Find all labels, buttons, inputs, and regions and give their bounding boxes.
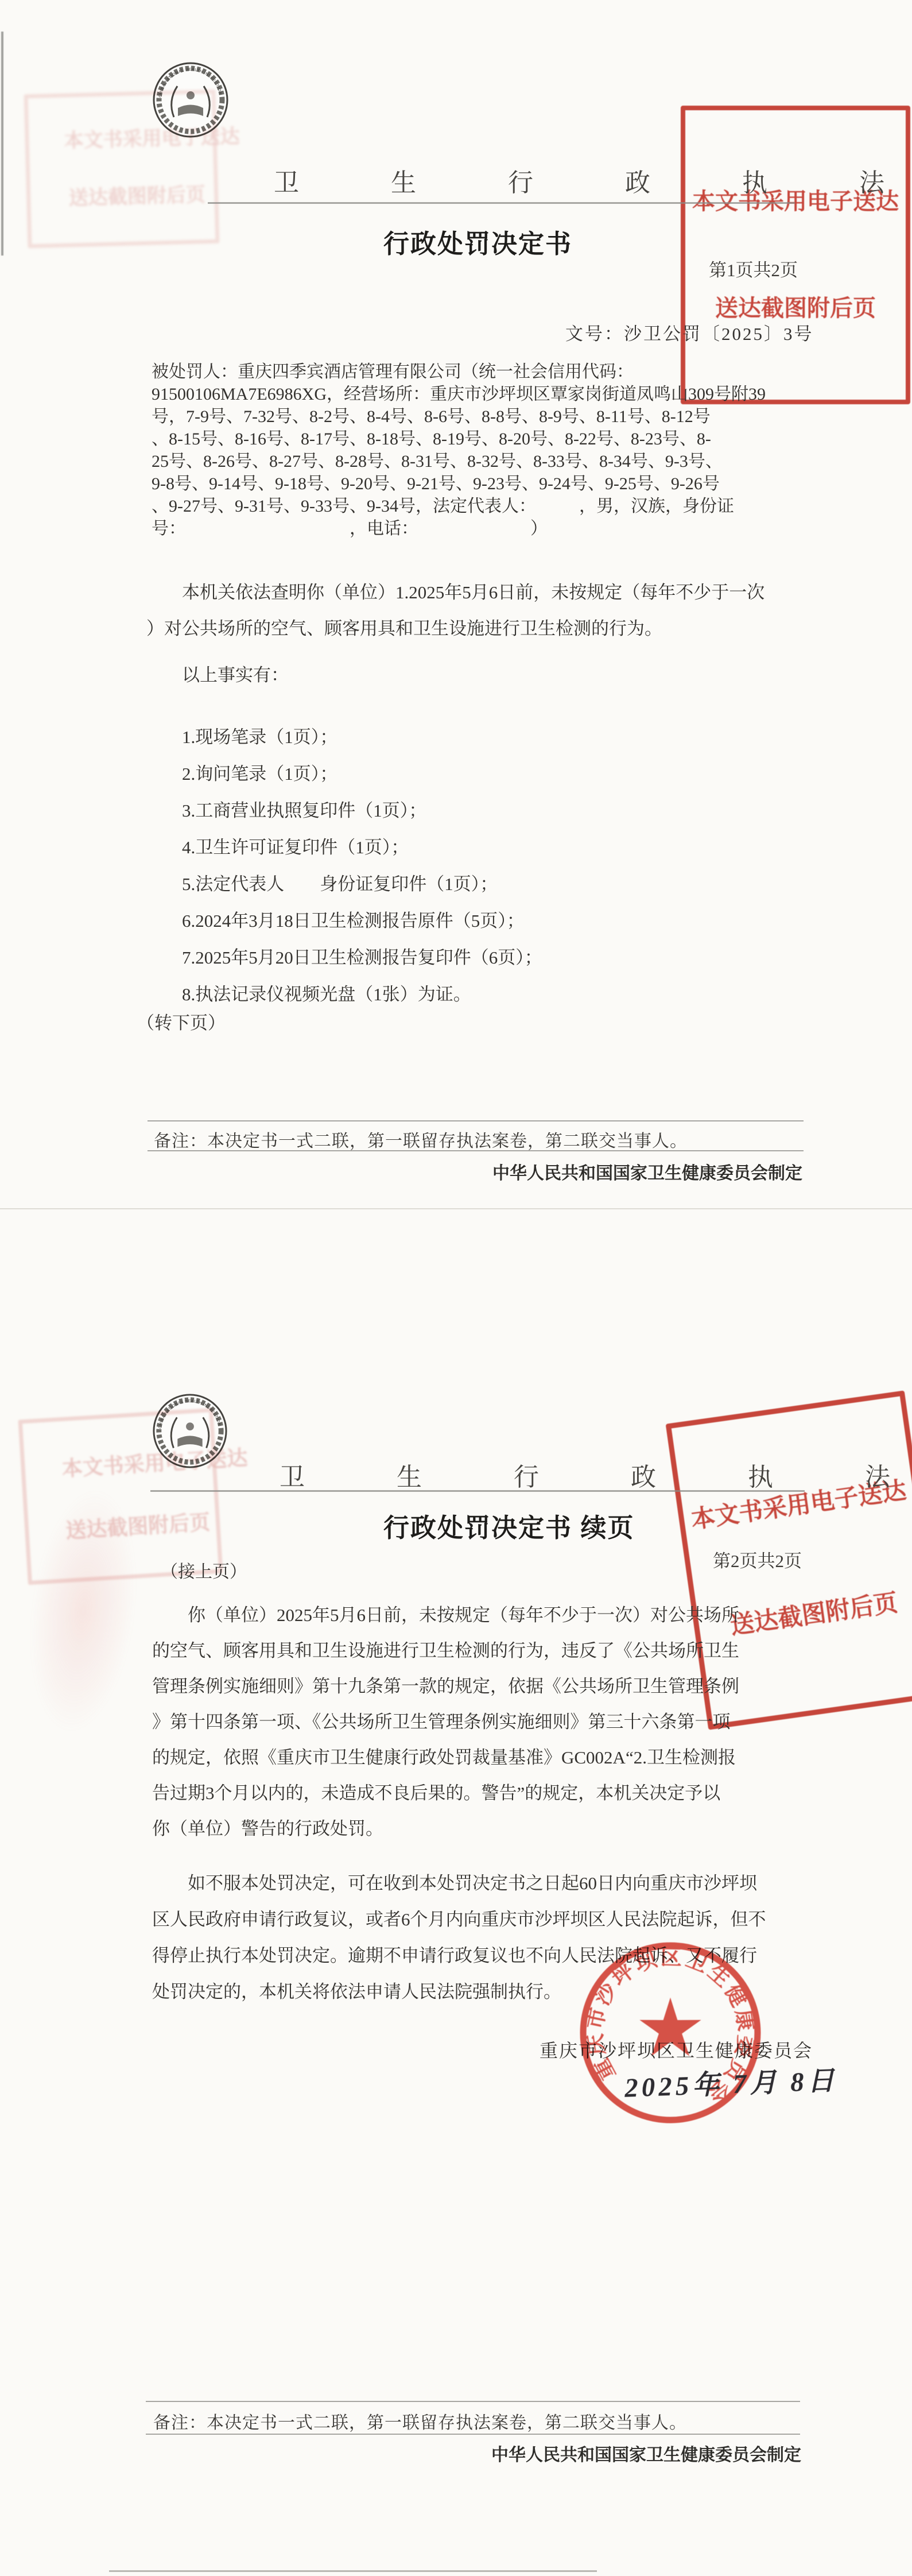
text-line: 本机关依法查明你（单位）1.2025年5月6日前，未按规定（每年不少于一次 (146, 574, 795, 610)
text-line: 2.询问笔录（1页）； (146, 756, 795, 792)
text-line: 的规定，依照《重庆市卫生健康行政处罚裁量基准》GC002A“2.卫生检测报 (152, 1740, 801, 1776)
evidence-list: 1.现场笔录（1页）； 2.询问笔录（1页）； 3.工商营业执照复印件（1页）；… (146, 719, 795, 1013)
ghost-stamp: 本文书采用电子送达 送达截图附后页 (24, 90, 220, 249)
text-line: 如不服本处罚决定，可在收到本处罚决定书之日起60日内向重庆市沙坪坝 (152, 1865, 806, 1901)
text-line: 6.2024年3月18日卫生检测报告原件（5页）； (146, 903, 795, 939)
text-line: 管理条例实施细则》第十九条第一款的规定，依据《公共场所卫生管理条例 (152, 1669, 801, 1704)
date-handwritten: 2025年 7月 8日 (624, 2059, 839, 2105)
footer-note: 备注：本决定书一式二联，第一联留存执法案卷，第二联交当事人。 (154, 1127, 688, 1152)
footer-rule-top (146, 2401, 800, 2402)
e-delivery-stamp: 本文书采用电子送达 送达截图附后页 (681, 106, 910, 404)
text-line: 、8-15号、8-16号、8-17号、8-18号、8-19号、8-20号、8-2… (152, 428, 800, 450)
ghost-stamp-line: 本文书采用电子送达 (61, 1446, 249, 1480)
footer-note: 备注：本决定书一式二联，第一联留存执法案卷，第二联交当事人。 (153, 2408, 687, 2434)
text-line: 被处罚人：重庆四季宾酒店管理有限公司（统一社会信用代码： (152, 361, 800, 383)
text-line: 8.执法记录仪视频光盘（1张）为证。 (146, 976, 795, 1013)
text-line: 告过期3个月以内的，未造成不良后果的。警告”的规定，本机关决定予以 (152, 1776, 801, 1811)
text-line: 号： ，电话： ） (152, 517, 800, 540)
facts-paragraph: 本机关依法查明你（单位）1.2025年5月6日前，未按规定（每年不少于一次）对公… (146, 574, 795, 647)
seal-star-icon (639, 1998, 701, 2056)
header-rule (150, 1490, 805, 1492)
footer-rule-top (148, 1120, 804, 1121)
text-line: 、9-27号、9-31号、9-33号、9-34号，法定代表人： ，男，汉族，身份… (152, 495, 800, 517)
text-line: 7.2025年5月20日卫生检测报告复印件（6页）； (146, 939, 795, 976)
footer-rule-bottom (146, 2434, 800, 2435)
text-line: 5.法定代表人 身份证复印件（1页）； (146, 866, 795, 903)
text-line: 25号、8-26号、8-27号、8-28号、8-31号、8-32号、8-33号、… (152, 450, 800, 473)
footer-issuer: 中华人民共和国国家卫生健康委员会制定 (491, 2440, 801, 2466)
party-paragraph: 被处罚人：重庆四季宾酒店管理有限公司（统一社会信用代码：91500106MA7E… (152, 361, 800, 540)
letterhead-title: 卫 生 行 政 执 法 文 书 (274, 162, 912, 199)
doc-title-continued: 行政处罚决定书 续页 (383, 1507, 635, 1544)
scan-bottom-edge (109, 2570, 597, 2572)
cont-prev-note: （接上页） (161, 1557, 247, 1583)
text-line: 》第十四条第一项、《公共场所卫生管理条例实施细则》第三十六条第一项 (152, 1704, 801, 1740)
text-line: 你（单位）警告的行政处罚。 (152, 1811, 801, 1847)
scan-edge-artifact (1, 32, 3, 256)
text-line: ）对公共场所的空气、顾客用具和卫生设施进行卫生检测的行为。 (146, 610, 795, 647)
footer-issuer: 中华人民共和国国家卫生健康委员会制定 (492, 1159, 802, 1184)
text-line: 1.现场笔录（1页）； (146, 719, 795, 756)
page-divider (0, 1208, 912, 1209)
text-line: 你（单位）2025年5月6日前，未按规定（每年不少于一次）对公共场所 (152, 1598, 801, 1633)
text-line: 9-8号、9-14号、9-18号、9-20号、9-21号、9-23号、9-24号… (152, 473, 800, 495)
doc-title: 行政处罚决定书 (383, 223, 572, 260)
text-line: 区人民政府申请行政复议，或者6个月内向重庆市沙坪坝区人民法院起诉，但不 (152, 1901, 806, 1937)
text-line: 3.工商营业执照复印件（1页）； (146, 792, 795, 829)
scanned-document: CHINA NATIONAL HEALTH INSPECTION 本文书采用电子… (0, 0, 912, 2576)
page-number: 第2页共2页 (713, 1546, 802, 1572)
evidence-intro: 以上事实有： (146, 660, 289, 686)
header-rule (208, 202, 795, 204)
text-line: 4.卫生许可证复印件（1页）； (146, 829, 795, 866)
text-line: 号，7-9号、7-32号、8-2号、8-4号、8-6号、8-8号、8-9号、8-… (152, 405, 800, 428)
ghost-stamp-line: 送达截图附后页 (68, 184, 205, 209)
turn-next-note: （转下页） (137, 1008, 226, 1034)
decision-paragraph: 你（单位）2025年5月6日前，未按规定（每年不少于一次）对公共场所的空气、顾客… (152, 1598, 801, 1847)
text-line: 91500106MA7E6986XG，经营场所：重庆市沙坪坝区覃家岗街道凤鸣山3… (152, 383, 800, 405)
letterhead-title: 卫 生 行 政 执 法 文 书 (280, 1456, 912, 1493)
ghost-stamp-line: 本文书采用电子送达 (64, 126, 240, 152)
page-number: 第1页共2页 (709, 256, 798, 281)
doc-number: 文号：沙卫公罚〔2025〕3号 (565, 319, 814, 345)
footer-rule-bottom (148, 1150, 804, 1151)
text-line: 的空气、顾客用具和卫生设施进行卫生检测的行为，违反了《公共场所卫生 (152, 1633, 801, 1669)
